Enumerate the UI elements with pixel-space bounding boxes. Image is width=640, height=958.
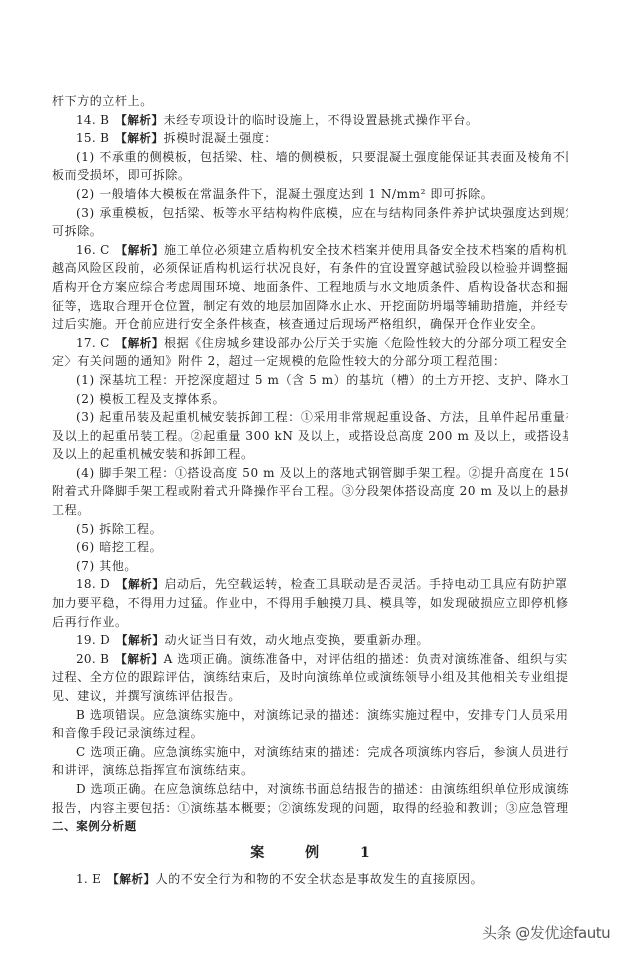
- answer-text: 启动后，先空载运转，检查工具联动是否灵活。手持电动工具应有防护罩，操作时: [164, 577, 568, 591]
- watermark: 头条 @发优途fautu: [482, 922, 610, 943]
- analysis-tag: 【解析】: [116, 577, 164, 591]
- answer-text: 根据《住房城乡建设部办公厅关于实施〈危险性较大的分部分项工程安全管理规: [164, 336, 568, 350]
- line-text: 及以上的起重机械安装和拆卸工程。: [52, 447, 254, 461]
- answer-text: 施工单位必须建立盾构机安全技术档案并使用具备安全技术档案的盾构机。盾构穿: [164, 243, 568, 257]
- answer-line: 15. B【解析】拆模时混凝土强度：: [52, 129, 568, 148]
- text-line: (3) 承重模板，包括梁、板等水平结构构件底模，应在与结构同条件养护试块强度达到…: [52, 204, 568, 223]
- text-line: 盾构开仓方案应综合考虑周围环境、地面条件、工程地质与水文地质条件、盾构设备状态和…: [52, 278, 568, 297]
- line-text: 和讲评，演练总指挥宣布演练结束。: [52, 763, 254, 777]
- text-line: 见、建议，并撰写演练评估报告。: [52, 687, 568, 706]
- text-line: B 选项错误。应急演练实施中，对演练记录的描述：演练实施过程中，安排专门人员采用…: [52, 706, 568, 725]
- text-line: 和音像手段记录演练过程。: [52, 724, 568, 743]
- line-text: 报告，内容主要包括：①演练基本概要；②演练发现的问题，取得的经验和教训；③应急管…: [52, 801, 568, 815]
- line-text: 加力要平稳，不得用力过猛。作业中，不得用手触摸刀具、模具等，如发现破损应立即停机…: [52, 596, 568, 610]
- text-line: 定〉有关问题的通知》附件 2，超过一定规模的危险性较大的分部分项工程范围：: [52, 352, 568, 371]
- answer-line: 17. C【解析】根据《住房城乡建设部办公厅关于实施〈危险性较大的分部分项工程安…: [52, 334, 568, 353]
- line-text: 杆下方的立杆上。: [52, 94, 153, 108]
- answer-text: A 选项正确。演练准备中，对评估组的描述：负责对演练准备、组织与实施进行全: [164, 652, 568, 666]
- text-line: 及以上的起重吊装工程。②起重量 300 kN 及以上，或搭设总高度 200 m …: [52, 427, 568, 446]
- question-number: 16. C: [76, 241, 110, 260]
- line-text: (2) 模板工程及支撑体系。: [76, 392, 225, 406]
- line-text: (5) 拆除工程。: [76, 522, 162, 536]
- question-number: 17. C: [76, 334, 110, 353]
- text-line: (3) 起重吊装及起重机械安装拆卸工程：①采用非常规起重设备、方法，且单件起吊重…: [52, 408, 568, 427]
- line-text: 征等，选取合理开仓位置，制定有效的地层加固降水止水、开挖面防坍塌等辅助措施，并经…: [52, 299, 568, 313]
- line-text: 和音像手段记录演练过程。: [52, 726, 203, 740]
- question-number: 14. B: [76, 111, 109, 130]
- text-line: 板而受损坏，即可拆除。: [52, 166, 568, 185]
- line-text: (6) 暗挖工程。: [76, 540, 162, 554]
- question-number: 18. D: [76, 575, 110, 594]
- text-line: 工程。: [52, 501, 568, 520]
- answer-line: 14. B【解析】未经专项设计的临时设施上，不得设置悬挑式操作平台。: [52, 111, 568, 130]
- answer-text: 人的不安全行为和物的不安全状态是事故发生的直接原因。: [156, 872, 484, 886]
- line-text: 后再行作业。: [52, 615, 128, 629]
- line-text: C 选项正确。应急演练实施中，对演练结束的描述：完成各项演练内容后，参演人员进行…: [76, 745, 568, 759]
- analysis-tag: 【解析】: [115, 113, 163, 127]
- text-line: 报告，内容主要包括：①演练基本概要；②演练发现的问题，取得的经验和教训；③应急管…: [52, 799, 568, 818]
- answer-text: 动火证当日有效，动火地点变换，要重新办理。: [164, 633, 429, 647]
- line-text: (3) 承重模板，包括梁、板等水平结构构件底模，应在与结构同条件养护试块强度达到…: [76, 206, 568, 220]
- text-line: 过程、全方位的跟踪评估，演练结束后，及时向演练单位或演练领导小组及其他相关专业组…: [52, 668, 568, 687]
- line-text: (4) 脚手架工程：①搭设高度 50 m 及以上的落地式钢管脚手架工程。②提升高…: [76, 466, 568, 480]
- line-text: 可拆除。: [52, 224, 102, 238]
- text-line: (2) 模板工程及支撑体系。: [52, 390, 568, 409]
- text-line: (5) 拆除工程。: [52, 520, 568, 539]
- case-answer-line: 1. E【解析】人的不安全行为和物的不安全状态是事故发生的直接原因。: [52, 870, 568, 889]
- analysis-tag: 【解析】: [116, 633, 164, 647]
- text-line: 及以上的起重机械安装和拆卸工程。: [52, 445, 568, 464]
- section-heading: 二、案例分析题: [52, 817, 568, 836]
- question-number: 15. B: [76, 129, 109, 148]
- line-text: 工程。: [52, 503, 90, 517]
- line-text: (2) 一般墙体大模板在常温条件下，混凝土强度达到 1 N/mm² 即可拆除。: [76, 187, 493, 201]
- text-line: 附着式升降脚手架工程或附着式升降操作平台工程。③分段架体搭设高度 20 m 及以…: [52, 482, 568, 501]
- answer-line: 18. D【解析】启动后，先空载运转，检查工具联动是否灵活。手持电动工具应有防护…: [52, 575, 568, 594]
- text-line: (1) 深基坑工程：开挖深度超过 5 m（含 5 m）的基坑（槽）的土方开挖、支…: [52, 371, 568, 390]
- line-text: B 选项错误。应急演练实施中，对演练记录的描述：演练实施过程中，安排专门人员采用…: [76, 708, 568, 722]
- answer-text: 拆模时混凝土强度：: [164, 131, 277, 145]
- analysis-tag: 【解析】: [116, 336, 164, 350]
- line-text: 盾构开仓方案应综合考虑周围环境、地面条件、工程地质与水文地质条件、盾构设备状态和…: [52, 280, 568, 294]
- answer-line: 19. D【解析】动火证当日有效，动火地点变换，要重新办理。: [52, 631, 568, 650]
- text-line: 杆下方的立杆上。: [52, 92, 568, 111]
- text-line: (2) 一般墙体大模板在常温条件下，混凝土强度达到 1 N/mm² 即可拆除。: [52, 185, 568, 204]
- analysis-tag: 【解析】: [115, 131, 163, 145]
- text-line: 可拆除。: [52, 222, 568, 241]
- line-text: 板而受损坏，即可拆除。: [52, 168, 191, 182]
- line-text: (1) 不承重的侧模板，包括梁、柱、墙的侧模板，只要混凝土强度能保证其表面及棱角…: [76, 150, 568, 164]
- line-text: 见、建议，并撰写演练评估报告。: [52, 689, 241, 703]
- text-line: 后再行作业。: [52, 613, 568, 632]
- answer-text: 未经专项设计的临时设施上，不得设置悬挑式操作平台。: [164, 113, 479, 127]
- question-number: 1. E: [76, 870, 101, 889]
- line-text: (7) 其他。: [76, 559, 137, 573]
- line-text: (1) 深基坑工程：开挖深度超过 5 m（含 5 m）的基坑（槽）的土方开挖、支…: [76, 373, 568, 387]
- analysis-tag: 【解析】: [115, 652, 163, 666]
- analysis-tag: 【解析】: [107, 872, 155, 886]
- question-number: 20. B: [76, 650, 109, 669]
- text-line: (4) 脚手架工程：①搭设高度 50 m 及以上的落地式钢管脚手架工程。②提升高…: [52, 464, 568, 483]
- text-line: 征等，选取合理开仓位置，制定有效的地层加固降水止水、开挖面防坍塌等辅助措施，并经…: [52, 297, 568, 316]
- line-text: 及以上的起重吊装工程。②起重量 300 kN 及以上，或搭设总高度 200 m …: [52, 429, 568, 443]
- text-line: (1) 不承重的侧模板，包括梁、柱、墙的侧模板，只要混凝土强度能保证其表面及棱角…: [52, 148, 568, 167]
- text-line: C 选项正确。应急演练实施中，对演练结束的描述：完成各项演练内容后，参演人员进行…: [52, 743, 568, 762]
- line-text: 过后实施。开仓前应进行安全条件核查，核查通过后现场严格组织，确保开仓作业安全。: [52, 317, 543, 331]
- line-text: 过程、全方位的跟踪评估，演练结束后，及时向演练单位或演练领导小组及其他相关专业组…: [52, 670, 568, 684]
- line-text: 越高风险区段前，必须保证盾构机运行状况良好，有条件的宜设置穿越试验段以检验并调整…: [52, 261, 568, 275]
- document-page: 杆下方的立杆上。14. B【解析】未经专项设计的临时设施上，不得设置悬挑式操作平…: [52, 92, 568, 888]
- text-line: D 选项正确。在应急演练总结中，对演练书面总结报告的描述：由演练组织单位形成演练…: [52, 780, 568, 799]
- analysis-tag: 【解析】: [116, 243, 164, 257]
- case-title: 案 例 1: [52, 836, 568, 870]
- text-line: 和讲评，演练总指挥宣布演练结束。: [52, 761, 568, 780]
- line-text: D 选项正确。在应急演练总结中，对演练书面总结报告的描述：由演练组织单位形成演练…: [76, 782, 568, 796]
- text-line: (7) 其他。: [52, 557, 568, 576]
- answer-line: 16. C【解析】施工单位必须建立盾构机安全技术档案并使用具备安全技术档案的盾构…: [52, 241, 568, 260]
- text-line: 过后实施。开仓前应进行安全条件核查，核查通过后现场严格组织，确保开仓作业安全。: [52, 315, 568, 334]
- text-line: 加力要平稳，不得用力过猛。作业中，不得用手触摸刀具、模具等，如发现破损应立即停机…: [52, 594, 568, 613]
- answer-line: 20. B【解析】A 选项正确。演练准备中，对评估组的描述：负责对演练准备、组织…: [52, 650, 568, 669]
- line-text: 附着式升降脚手架工程或附着式升降操作平台工程。③分段架体搭设高度 20 m 及以…: [52, 484, 568, 498]
- line-text: (3) 起重吊装及起重机械安装拆卸工程：①采用非常规起重设备、方法，且单件起吊重…: [76, 410, 568, 424]
- line-text: 定〉有关问题的通知》附件 2，超过一定规模的危险性较大的分部分项工程范围：: [52, 354, 506, 368]
- text-line: 越高风险区段前，必须保证盾构机运行状况良好，有条件的宜设置穿越试验段以检验并调整…: [52, 259, 568, 278]
- text-line: (6) 暗挖工程。: [52, 538, 568, 557]
- question-number: 19. D: [76, 631, 110, 650]
